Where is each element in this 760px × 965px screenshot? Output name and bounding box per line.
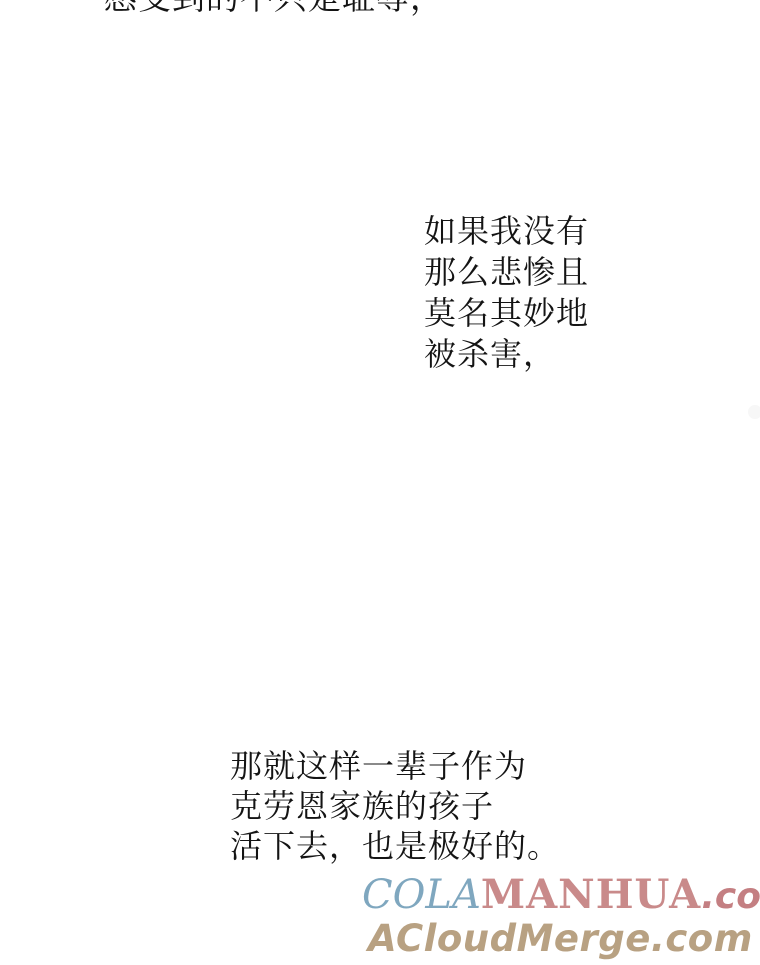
caption-line: 被杀害， [424,334,589,375]
caption-line: 那么悲惨且 [424,252,589,293]
caption-line: 莫名其妙地 [424,293,589,334]
watermark-cola-text: COLA [362,872,481,918]
caption-line: 克劳恩家族的孩子 [230,786,560,826]
caption-line: 如果我没有 [424,211,589,252]
background-smudge [748,405,760,419]
top-caption-text: 感受到的不只是耻辱， [104,0,444,18]
caption-line: 感受到的不只是耻辱， [104,0,444,18]
watermark-manhua-text: MANHUA [481,871,701,918]
middle-caption-text: 如果我没有 那么悲惨且 莫名其妙地 被杀害， [424,211,589,375]
watermark-com-text: .com [701,876,760,917]
bottom-caption-text: 那就这样一辈子作为 克劳恩家族的孩子 活下去，也是极好的。 [230,746,560,866]
watermark-acloudmerge-text: ACloudMerge.com [368,916,753,962]
watermark-colamanhua: COLAMANHUA.com [362,872,760,920]
caption-line: 活下去，也是极好的。 [230,826,560,866]
watermark: COLAMANHUA.com ACloudMerge.com [360,872,760,965]
caption-line: 那就这样一辈子作为 [230,746,560,786]
